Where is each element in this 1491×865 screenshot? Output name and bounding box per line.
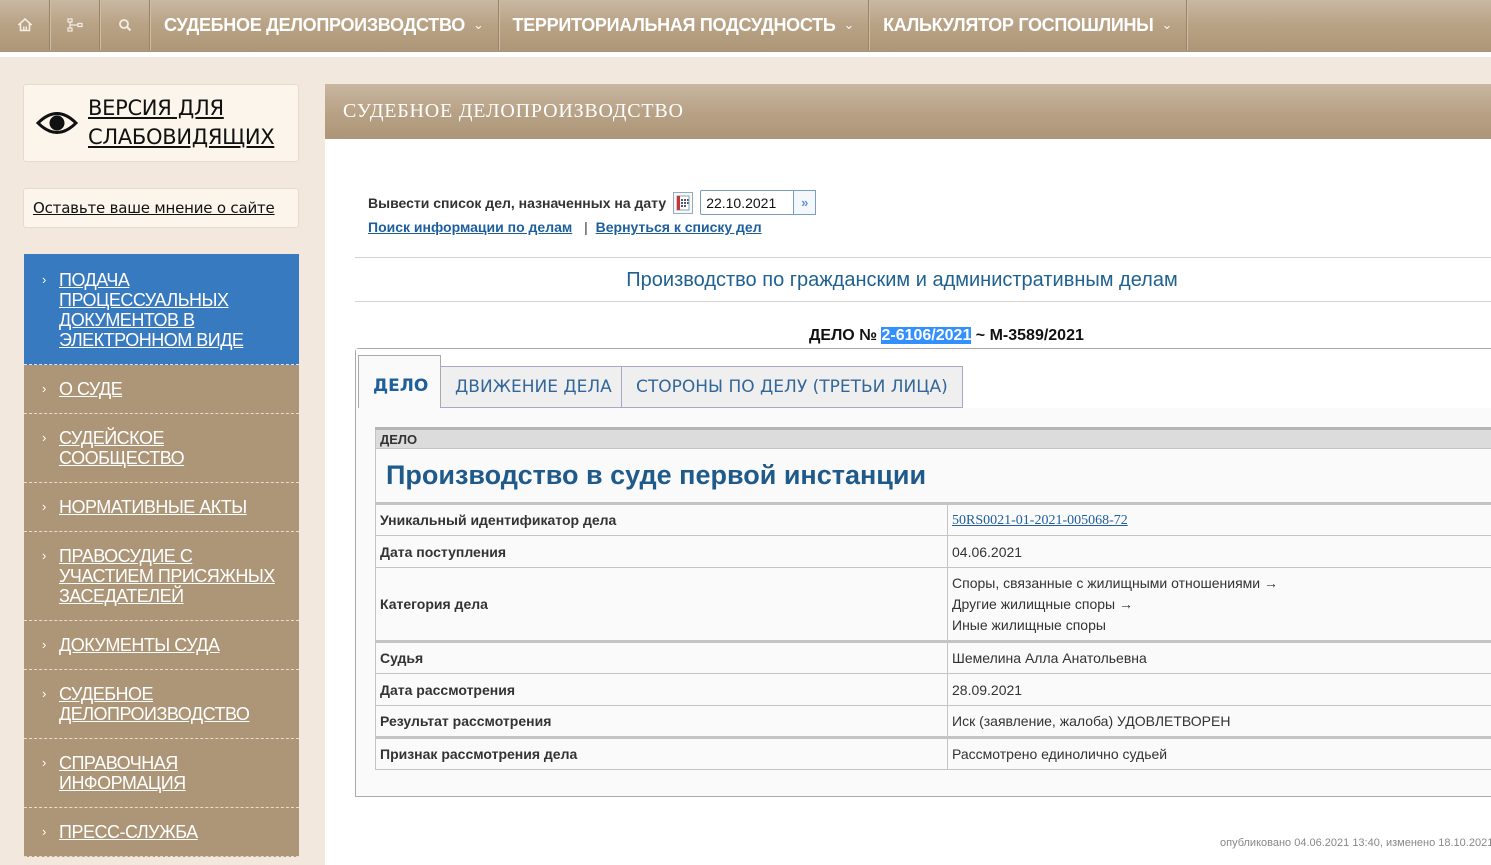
home-button[interactable] <box>0 0 50 50</box>
side-menu: › ПОДАЧА ПРОЦЕССУАЛЬНЫХ ДОКУМЕНТОВ В ЭЛЕ… <box>24 254 299 857</box>
sidebar-item-regulations[interactable]: › НОРМАТИВНЫЕ АКТЫ <box>24 483 299 532</box>
low-vision-version-box[interactable]: ВЕРСИЯ ДЛЯСЛАБОВИДЯЩИХ <box>23 84 299 162</box>
double-chevron-right-icon: » <box>801 195 808 210</box>
page-title: СУДЕБНОЕ ДЕЛОПРОИЗВОДСТВО <box>325 84 1491 139</box>
date-input[interactable] <box>700 190 794 215</box>
back-to-list-link[interactable]: Вернуться к списку дел <box>596 219 762 235</box>
row-key: Дата рассмотрения <box>376 674 948 706</box>
table-row: Дата поступления 04.06.2021 <box>376 536 1491 568</box>
row-key: Категория дела <box>376 568 948 642</box>
category-line: Споры, связанные с жилищными отношениями… <box>952 573 1491 594</box>
search-button[interactable] <box>100 0 150 50</box>
chevron-right-icon: › <box>42 499 46 514</box>
chevron-right-icon: › <box>42 548 46 563</box>
link-separator: | <box>584 219 588 235</box>
category-line: Другие жилищные споры → <box>952 594 1491 615</box>
nav-item-territorial-jurisdiction[interactable]: ТЕРРИТОРИАЛЬНАЯ ПОДСУДНОСТЬ ⌄ <box>499 0 870 50</box>
chevron-right-icon: › <box>42 637 46 652</box>
quick-links: Поиск информации по делам | Вернуться к … <box>368 219 762 235</box>
case-tabs: ДВИЖЕНИЕ ДЕЛА СТОРОНЫ ПО ДЕЛУ (ТРЕТЬИ ЛИ… <box>355 348 1491 797</box>
sidebar-item-label[interactable]: ПОДАЧА ПРОЦЕССУАЛЬНЫХ ДОКУМЕНТОВ В ЭЛЕКТ… <box>59 270 289 350</box>
nav-item-label: СУДЕБНОЕ ДЕЛОПРОИЗВОДСТВО <box>164 15 465 36</box>
show-cases-button[interactable]: » <box>794 190 816 215</box>
table-row: Судья Шемелина Алла Анатольевна <box>376 642 1491 674</box>
sitemap-icon <box>67 18 83 32</box>
row-value: 28.09.2021 <box>948 674 1491 706</box>
row-value: Споры, связанные с жилищными отношениями… <box>948 568 1491 642</box>
case-material-number: ~ М-3589/2021 <box>976 327 1084 344</box>
divider <box>355 257 1491 258</box>
sidebar: ВЕРСИЯ ДЛЯСЛАБОВИДЯЩИХ Оставьте ваше мне… <box>0 57 325 865</box>
row-key: Признак рассмотрения дела <box>376 738 948 770</box>
sidebar-item-electronic-filing[interactable]: › ПОДАЧА ПРОЦЕССУАЛЬНЫХ ДОКУМЕНТОВ В ЭЛЕ… <box>24 254 299 365</box>
table-row: Результат рассмотрения Иск (заявление, ж… <box>376 706 1491 738</box>
search-icon <box>118 18 132 32</box>
chevron-right-icon: › <box>42 686 46 701</box>
case-number: ДЕЛО № 2-6106/2021 ~ М-3589/2021 <box>809 327 1084 345</box>
section-title: Производство по гражданским и администра… <box>355 269 1491 292</box>
sidebar-item-label[interactable]: ПРЕСС-СЛУЖБА <box>59 822 289 842</box>
case-search-link[interactable]: Поиск информации по делам <box>368 219 572 235</box>
chevron-down-icon: ⌄ <box>1162 17 1173 33</box>
row-value: Рассмотрено единолично судьей <box>948 738 1491 770</box>
nav-item-fee-calculator[interactable]: КАЛЬКУЛЯТОР ГОСПОШЛИНЫ ⌄ <box>869 0 1187 50</box>
calendar-button[interactable] <box>673 192 693 214</box>
tab-case-parties[interactable]: СТОРОНЫ ПО ДЕЛУ (ТРЕТЬИ ЛИЦА) <box>621 366 963 408</box>
nav-item-court-records[interactable]: СУДЕБНОЕ ДЕЛОПРОИЗВОДСТВО ⌄ <box>150 0 499 50</box>
row-value: Иск (заявление, жалоба) УДОВЛЕТВОРЕН <box>948 706 1491 738</box>
chevron-right-icon: › <box>42 824 46 839</box>
row-value: 50RS0021-01-2021-005068-72 <box>948 504 1491 536</box>
feedback-box[interactable]: Оставьте ваше мнение о сайте <box>23 188 299 228</box>
chevron-right-icon: › <box>42 755 46 770</box>
case-number-value[interactable]: 2-6106/2021 <box>881 327 971 344</box>
sidebar-item-label[interactable]: НОРМАТИВНЫЕ АКТЫ <box>59 497 289 517</box>
table-title-row: Производство в суде первой инстанции <box>376 449 1491 504</box>
case-details-table: ДЕЛО Производство в суде первой инстанци… <box>375 427 1491 770</box>
row-key: Результат рассмотрения <box>376 706 948 738</box>
tab-case[interactable]: ДЕЛО <box>358 355 441 408</box>
date-filter-label: Вывести список дел, назначенных на дату <box>368 195 666 211</box>
category-line: Иные жилищные споры <box>952 615 1491 636</box>
eye-icon <box>36 108 78 138</box>
sidebar-item-label[interactable]: СУДЕБНОЕ ДЕЛОПРОИЗВОДСТВО <box>59 684 259 724</box>
chevron-right-icon: › <box>42 272 46 287</box>
date-filter: Вывести список дел, назначенных на дату … <box>368 190 816 215</box>
table-caption: ДЕЛО <box>376 429 1491 449</box>
sidebar-item-label[interactable]: О СУДЕ <box>59 379 289 399</box>
sidebar-item-label[interactable]: ПРАВОСУДИЕ С УЧАСТИЕМ ПРИСЯЖНЫХ ЗАСЕДАТЕ… <box>59 546 289 606</box>
divider <box>355 301 1491 302</box>
table-row: Уникальный идентификатор дела 50RS0021-0… <box>376 504 1491 536</box>
tab-case-movement[interactable]: ДВИЖЕНИЕ ДЕЛА <box>440 366 622 408</box>
table-row: Дата рассмотрения 28.09.2021 <box>376 674 1491 706</box>
sidebar-item-label[interactable]: СПРАВОЧНАЯ ИНФОРМАЦИЯ <box>59 753 209 793</box>
chevron-down-icon: ⌄ <box>843 17 854 33</box>
divider <box>325 57 1491 84</box>
case-number-prefix: ДЕЛО № <box>809 327 877 344</box>
row-value: 04.06.2021 <box>948 536 1491 568</box>
publish-info: опубликовано 04.06.2021 13:40, изменено … <box>1220 837 1491 849</box>
calendar-icon <box>676 195 690 211</box>
chevron-down-icon: ⌄ <box>473 17 484 33</box>
main-content: СУДЕБНОЕ ДЕЛОПРОИЗВОДСТВО Вывести список… <box>325 57 1491 865</box>
sidebar-item-label[interactable]: СУДЕЙСКОЕ СООБЩЕСТВО <box>59 428 209 468</box>
sidebar-item-reference-info[interactable]: › СПРАВОЧНАЯ ИНФОРМАЦИЯ <box>24 739 299 808</box>
table-row: Признак рассмотрения дела Рассмотрено ед… <box>376 738 1491 770</box>
table-row: Категория дела Споры, связанные с жилищн… <box>376 568 1491 642</box>
sidebar-item-jury-justice[interactable]: › ПРАВОСУДИЕ С УЧАСТИЕМ ПРИСЯЖНЫХ ЗАСЕДА… <box>24 532 299 621</box>
nav-item-label: ТЕРРИТОРИАЛЬНАЯ ПОДСУДНОСТЬ <box>513 15 836 36</box>
feedback-link[interactable]: Оставьте ваше мнение о сайте <box>33 199 275 217</box>
case-uid-link[interactable]: 50RS0021-01-2021-005068-72 <box>952 513 1128 528</box>
sidebar-item-court-records[interactable]: › СУДЕБНОЕ ДЕЛОПРОИЗВОДСТВО <box>24 670 299 739</box>
sidebar-item-press-service[interactable]: › ПРЕСС-СЛУЖБА <box>24 808 299 857</box>
case-details: ДЕЛО Производство в суде первой инстанци… <box>375 427 1491 770</box>
nav-item-label: КАЛЬКУЛЯТОР ГОСПОШЛИНЫ <box>883 15 1153 36</box>
home-icon <box>18 18 32 32</box>
row-key: Дата поступления <box>376 536 948 568</box>
chevron-right-icon: › <box>42 430 46 445</box>
top-navigation: СУДЕБНОЕ ДЕЛОПРОИЗВОДСТВО ⌄ ТЕРРИТОРИАЛЬ… <box>0 0 1491 52</box>
table-caption-row: ДЕЛО <box>376 429 1491 449</box>
low-vision-version-link[interactable]: ВЕРСИЯ ДЛЯСЛАБОВИДЯЩИХ <box>88 94 274 152</box>
sidebar-item-about-court[interactable]: › О СУДЕ <box>24 365 299 414</box>
sidebar-item-court-documents[interactable]: › ДОКУМЕНТЫ СУДА <box>24 621 299 670</box>
sitemap-button[interactable] <box>50 0 100 50</box>
sidebar-item-label[interactable]: ДОКУМЕНТЫ СУДА <box>59 635 289 655</box>
row-key: Судья <box>376 642 948 674</box>
sidebar-item-judicial-community[interactable]: › СУДЕЙСКОЕ СООБЩЕСТВО <box>24 414 299 483</box>
row-key: Уникальный идентификатор дела <box>376 504 948 536</box>
table-title: Производство в суде первой инстанции <box>376 449 1491 504</box>
row-value: Шемелина Алла Анатольевна <box>948 642 1491 674</box>
chevron-right-icon: › <box>42 381 46 396</box>
